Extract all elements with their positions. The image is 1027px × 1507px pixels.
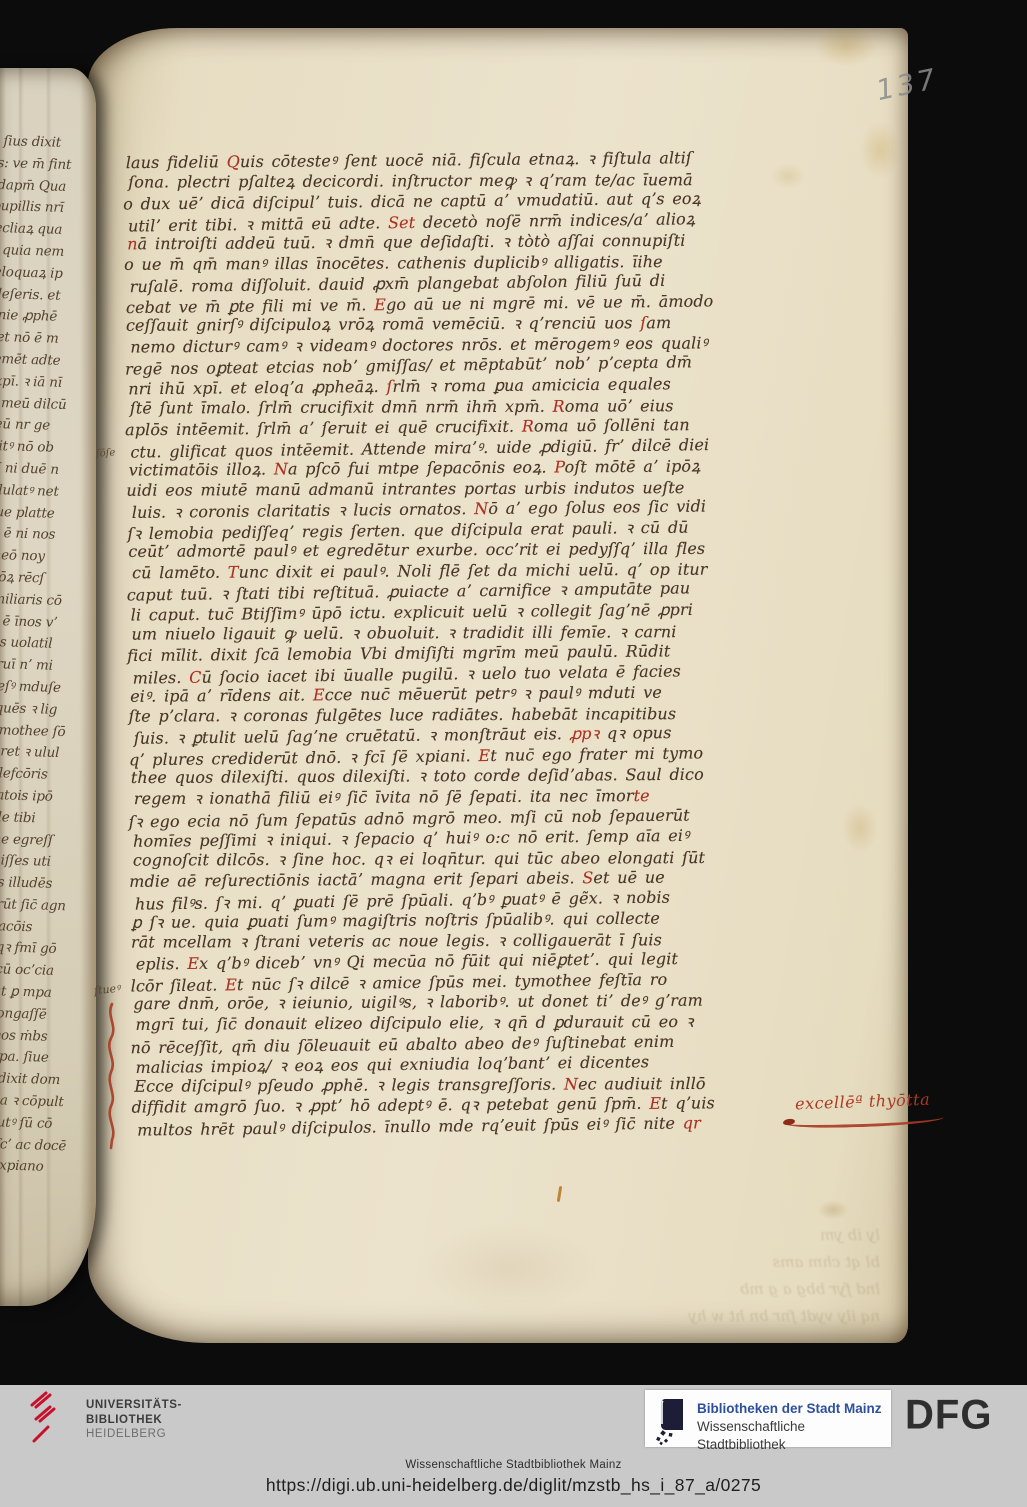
manuscript-text-block: laus fideliū Quis cōtesteꝰ ſent uocē niā… [126,147,847,1139]
ub-heidelberg-text: UNIVERSITÄTS- BIBLIOTHEK HEIDELBERG [86,1398,182,1442]
facing-page-line: derāt eos ṁbs [0,1024,80,1049]
facing-page-line: cōſūmacōis [0,915,83,940]
facing-page-line: ptū ſine egreſſ [0,828,84,853]
ubh-line: UNIVERSITÄTS- [86,1398,182,1413]
red-marginal-bracket-mark [104,1002,120,1150]
facing-page-line: nō ploret ꝛ ulul [0,740,86,765]
facing-page-line: ꝰ ꝛ ululatꝰ net [0,479,96,504]
gutter-gloss: ſtueꝰ [93,981,121,999]
facing-page-line: nhi et nō ē m [0,326,96,351]
facing-page-line: os loquēs ꝛ lig [0,697,90,722]
footer-caption: Wissenschaftliche Stadtbibliothek Mainz [0,1459,1027,1471]
dfg-logo: DFG [905,1392,992,1439]
show-through-line: lnd fyr bbg a g mb [300,1276,880,1303]
facing-page-line: ſp triſtia ꝛ cōpult [0,1089,79,1114]
facing-page-line: eos quia nem [0,239,96,264]
source-url: https://digi.ub.uni-heidelberg.de/diglit… [0,1475,1027,1496]
red-marginal-note: excellēª thyōtta [795,1090,931,1114]
facing-page-line: ce due platte [0,501,94,526]
facing-page-line: o collū pa. ſiue [0,1046,77,1071]
facing-page-line: ruis et dixit dom [0,1067,77,1092]
ubh-line: HEIDELBERG [86,1427,182,1442]
facing-page-line: cangeſꝰ mduſe [0,675,91,700]
facing-page-line: et pupillis nrī [0,196,96,221]
facing-page-line: et fleū nr ge [0,414,95,439]
facing-page-line: ni thymothee ſō [0,719,87,744]
facing-page-line: extiterūt ſic̄ agn [0,893,85,918]
facing-page-line: nꝰ malefcōris [0,762,87,787]
facing-page-line: pletū ē īnos vʼ [0,610,91,635]
facing-page-line: nē ecliaꝝ qua [0,218,96,243]
facing-page-line: e magiſcʼ ac docē [0,1133,76,1158]
facing-page-line: gſūmatois ipō [0,784,88,809]
facing-page-edge: pul ſius dixitntis: ve m̄ fintac dapm̄ Q… [0,68,96,1306]
mainz-line-1: Bibliotheken der Stadt Mainz [697,1400,891,1418]
facing-page-line: itomitꝰ nō ob [0,435,95,460]
show-through-line: nq ily vydt fnr bn ht w hy [300,1303,880,1330]
show-through-text: ly ib ymbl qt chm amslnd fyr bbg a g mbn… [300,1222,880,1330]
facing-page-line: nō abſqꝛ fmī gō [0,937,80,962]
footer-bar: UNIVERSITÄTS- BIBLIOTHEK HEIDELBERG [0,1385,1027,1507]
gutter-gloss: ſōſe [96,447,116,459]
scan-stage: pul ſius dixitntis: ve m̄ fintac dapm̄ Q… [0,0,1027,1507]
facing-page-text-fragments: pul ſius dixitntis: ve m̄ fintac dapm̄ Q… [0,130,96,1179]
red-underline-flourish [786,1112,944,1129]
facing-page-line: pul ſius dixit [0,130,96,155]
facing-page-line: ac dapm̄ Qua [0,174,96,199]
facing-page-line: ua ſeruī nʼ mi [0,653,90,678]
facing-page-line: ū aʼ elongaſſē [0,1002,82,1027]
facing-page-line: ꝛ aplōꝝ rēcſ [0,566,94,591]
facing-page-line: ſrē gliā xpiano [0,1154,74,1179]
facing-page-line: as deſeris. et [0,283,96,308]
mainz-line-2: Wissenschaftliche Stadtbibliothek [697,1418,891,1454]
facing-page-line: ū familiaris cō [0,588,94,613]
facing-page-line: et eloquaꝝ ip [0,261,96,286]
facing-page-line: ndamīcū ocʼcia [0,958,80,983]
show-through-line: bl qt chm ams [300,1249,880,1276]
mainz-book-icon [653,1395,693,1445]
mainz-library-logo: Bibliotheken der Stadt Mainz Wissenschaf… [645,1390,891,1447]
facing-page-line: e miqut ꝑ mpa [0,980,82,1005]
facing-page-line: ierenie ꝓphē [0,305,96,330]
facing-page-line: ꝛ ſymeō noy [0,544,92,569]
facing-page-line: ora mtutꝰ ſū cō [0,1111,79,1136]
ub-heidelberg-logo: UNIVERSITÄTS- BIBLIOTHEK HEIDELBERG [30,1391,260,1449]
facing-page-line: filiū meū dilcū [0,392,96,417]
facing-page-line: tes eos illudēs [0,871,84,896]
facing-page-line: hū xpī. ꝛ iā nī [0,370,96,395]
facing-page-line: r xpī ni duē n [0,457,96,482]
facing-page-line: ntis: ve m̄ fint [0,152,96,177]
facing-page-line: pletū ē ni nos [0,523,92,548]
facing-page-line: ꝝ eſtas uolatil [0,632,89,657]
show-through-line: ly ib ym [300,1222,880,1249]
mainz-library-text: Bibliotheken der Stadt Mainz Wissenschaf… [697,1400,891,1454]
facing-page-line: eʼ. vid iſſes uti [0,849,83,874]
ub-heidelberg-icon [30,1391,78,1447]
ubh-line: BIBLIOTHEK [86,1413,182,1428]
facing-page-line: ō uemēt adte [0,348,96,373]
facing-page-line: ſi facile tibi [0,806,87,831]
